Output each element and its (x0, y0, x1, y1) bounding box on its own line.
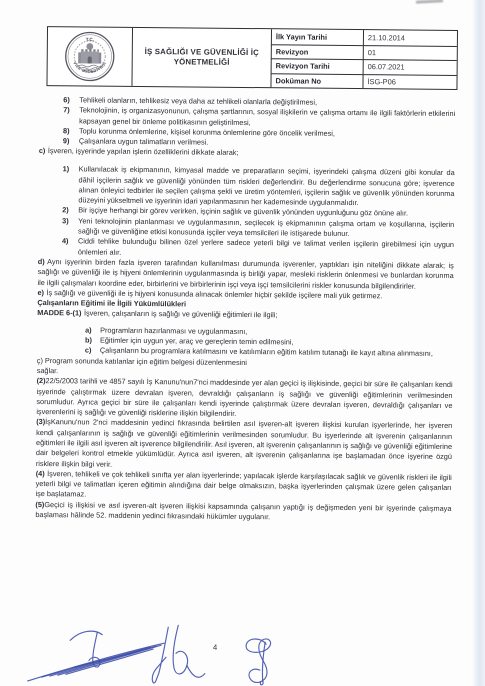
meta-label-revision-date: Revizyon Tarihi (271, 58, 363, 73)
paragraph-label: (5) (35, 500, 44, 509)
signature-middle-icon (152, 625, 205, 683)
list-item-number: 9) (63, 136, 79, 146)
title-line1: İŞ SAĞLIĞI VE GÜVENLİĞİ İÇ (145, 47, 259, 58)
header-table: T.C. VİZE BELEDİYESİ (46, 26, 458, 90)
paragraph-label: MADDE 6-(1) (37, 308, 81, 317)
paragraph-label: (2) (37, 376, 46, 385)
municipality-seal-icon: T.C. VİZE BELEDİYESİ (62, 29, 117, 84)
paragraph-label: d) (38, 257, 45, 266)
meta-value-first-issue-date: 21.10.2014 (363, 30, 457, 45)
document-page: T.C. VİZE BELEDİYESİ (0, 0, 485, 686)
paragraph-label: c) (39, 146, 46, 155)
body-text: 6) Tehlikeli olanların, tehlikesiz veya … (35, 95, 455, 524)
meta-value-revision-date: 06.07.2021 (363, 59, 457, 74)
title-line2: YÖNETMELİĞİ (174, 57, 230, 68)
list-item-letter: c) (85, 346, 100, 356)
list-item-number: 2) (62, 206, 78, 216)
meta-label-document-no: Doküman No (270, 73, 362, 88)
list-item-number: 1) (62, 165, 78, 206)
paragraph-3: (3)İşKanunu'nun 2'nci maddesinin yedinci… (36, 417, 452, 472)
list-item-number: 6) (63, 95, 79, 105)
paragraph-label: (4) (36, 469, 45, 478)
signature-right-icon (246, 639, 271, 685)
signature-left-icon (28, 631, 164, 683)
paragraph-text: İşKanunu'nun 2'nci maddesinin yedinci fı… (36, 417, 452, 468)
paragraph-4: (4)İşveren, tehlikeli ve çok tehlikeli s… (35, 469, 451, 504)
meta-value-document-no: İSG-P06 (362, 74, 456, 89)
paragraph-text: İşveren, işyerinde yapılan işlerin özell… (48, 147, 239, 158)
paragraph-5: (5)Geçici iş ilişkisi ve asıl işveren-al… (35, 500, 451, 525)
paragraph-text: İşveren, çalışanların iş sağlığı ve güve… (84, 309, 278, 320)
list-item-number: 7) (63, 106, 79, 127)
page-content: T.C. VİZE BELEDİYESİ (0, 0, 485, 686)
paragraph-2: (2)22/5/2003 tarihli ve 4857 sayılı İş K… (36, 376, 452, 421)
list-item-letter: a) (85, 325, 100, 335)
meta-value-revision: 01 (363, 45, 457, 60)
meta-label-revision: Revizyon (271, 44, 363, 59)
scan-smudge-artifact (416, 0, 443, 3)
paragraph-d: d)Aynı işyerinin birden fazla işveren ta… (38, 257, 454, 292)
logo-cell: T.C. VİZE BELEDİYESİ (47, 27, 132, 86)
list-item-number: 4) (62, 237, 78, 258)
svg-text:T.C.: T.C. (86, 37, 94, 42)
paragraph-text: 22/5/2003 tarihli ve 4857 sayılı İş Kanu… (36, 376, 452, 418)
paragraph-text: Geçici iş ilişkisi ve asıl işveren-alt i… (35, 500, 451, 521)
list-item-number: 8) (63, 126, 79, 136)
paragraph-label: (3) (36, 417, 45, 426)
meta-label-first-issue-date: İlk Yayın Tarihi (271, 29, 363, 44)
paragraph-text: İşveren, tehlikeli ve çok tehlikeli sını… (36, 469, 452, 499)
list-item-text: Kullanılacak iş ekipmanının, kimyasal ma… (78, 165, 454, 210)
list-item: 1) Kullanılacak iş ekipmanının, kimyasal… (38, 164, 454, 209)
list-item-number: 3) (62, 216, 78, 237)
list-item-letter: b) (85, 335, 100, 345)
paragraph-label: e) (37, 288, 44, 297)
signatures-overlay (22, 615, 323, 686)
paragraph-text: Aynı işyerinin birden fazla işveren tara… (38, 257, 454, 290)
document-title: İŞ SAĞLIĞI VE GÜVENLİĞİ İÇ YÖNETMELİĞİ (131, 28, 271, 87)
